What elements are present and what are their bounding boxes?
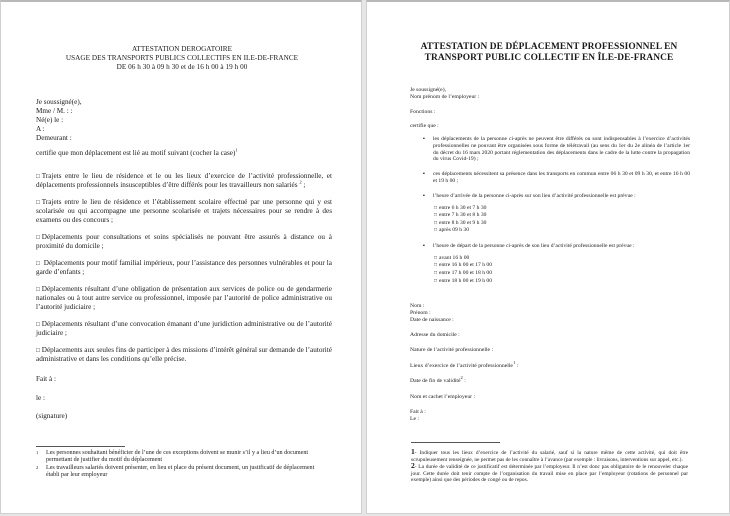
home-address-field[interactable]: Adresse du domicile : [410, 332, 518, 339]
address-field[interactable]: Demeurant : [36, 134, 82, 143]
footnotes: 1- Indiquer tous les lieux d’exercice de… [411, 449, 688, 484]
reason-option[interactable]: □Déplacements aux seules fins de partici… [36, 346, 332, 364]
footnote-divider [36, 446, 125, 447]
first-name-field[interactable]: Prénom : [410, 310, 518, 317]
certify-label: certifie que : [410, 123, 479, 130]
checkbox-icon[interactable]: □ [434, 213, 437, 220]
name-field[interactable]: Mme / M. : : [36, 107, 82, 116]
undersigned-label: Je soussigné(e), [36, 98, 82, 107]
made-at-field[interactable]: Fait à : [36, 375, 67, 384]
bullet-icon: ▪ [423, 243, 425, 250]
arrival-option[interactable]: □entre 6 h 30 et 7 h 30 [434, 205, 690, 213]
arrival-option[interactable]: □entre 7 h 30 et 8 h 30 [434, 212, 690, 220]
bullet-icon: ▪ [423, 136, 425, 143]
checkbox-icon[interactable]: □ [434, 256, 437, 263]
page-derogatory-attestation: ATTESTATION DEROGATOIRE USAGE DES TRANSP… [0, 0, 362, 514]
reason-option[interactable]: □Déplacements résultant d’une obligation… [36, 285, 332, 312]
checkbox-icon[interactable]: □ [434, 263, 437, 270]
footnote: 1- Indiquer tous les lieux d’exercice de… [411, 449, 688, 463]
footnote: 2Les travailleurs salariés doivent prése… [36, 465, 316, 480]
signature-field[interactable]: (signature) [36, 412, 67, 421]
footnote-ref: 1 [235, 148, 237, 153]
departure-option[interactable]: □entre 16 h 00 et 17 h 00 [434, 262, 690, 270]
signature-block: Fait à : le : (signature) [36, 375, 67, 431]
checkbox-icon[interactable]: □ [36, 285, 40, 294]
arrival-option[interactable]: □entre 8 h 30 et 9 h 30 [434, 220, 690, 228]
employer-name-field[interactable]: Nom prénom de l’employeur : [410, 94, 479, 101]
checkbox-icon[interactable]: □ [36, 172, 40, 181]
certify-statement: certifie que mon déplacement est lié au … [36, 149, 238, 158]
checkbox-icon[interactable]: □ [36, 198, 40, 207]
title-line: USAGE DES TRANSPORTS PUBLICS COLLECTIFS … [1, 54, 362, 63]
footnote: 2- La durée de validité de ce justificat… [411, 463, 688, 484]
validity-date-field[interactable]: Date de fin de validité2 : [410, 378, 518, 385]
arrival-time-item: ▪ l’heure d’arrivée de la personne ci-ap… [423, 193, 690, 235]
employee-fields: Nom : Prénom : Date de naissance : Adres… [410, 303, 518, 423]
title-line: TRANSPORT PUBLIC COLLECTIF EN ÎLE-DE-FRA… [367, 53, 730, 64]
checkbox-icon[interactable]: □ [434, 279, 437, 286]
departure-option[interactable]: □entre 17 h 00 et 18 h 00 [434, 270, 690, 278]
workplaces-field[interactable]: Lieux d’exercice de l’activité professio… [410, 363, 518, 370]
identity-block: Je soussigné(e), Mme / M. : : Né(e) le :… [36, 98, 82, 143]
last-name-field[interactable]: Nom : [410, 303, 518, 310]
checkbox-icon[interactable]: □ [434, 271, 437, 278]
document-title: ATTESTATION DE DÉPLACEMENT PROFESSIONNEL… [367, 42, 730, 64]
departure-time-item: ▪ l’heure de départ de la personne ci-ap… [423, 243, 690, 285]
reason-option[interactable]: □Trajets entre le lieu de résidence et l… [36, 198, 332, 225]
checkbox-icon[interactable]: □ [36, 259, 40, 268]
arrival-time-options: □entre 6 h 30 et 7 h 30 □entre 7 h 30 et… [433, 205, 690, 235]
reason-option[interactable]: □Déplacements résultant d’une convocatio… [36, 320, 332, 338]
date-field[interactable]: le : [36, 394, 67, 403]
activity-field[interactable]: Nature de l’activité professionnelle : [410, 347, 518, 354]
checkbox-icon[interactable]: □ [434, 228, 437, 235]
title-line: DE 06 h 30 à 09 h 30 et de 16 h 00 à 19 … [1, 63, 362, 72]
birth-date-field[interactable]: Né(e) le : [36, 116, 82, 125]
employer-block: Je soussigné(e), Nom prénom de l’employe… [410, 87, 479, 130]
date-field[interactable]: Le : [410, 416, 518, 423]
reason-option[interactable]: □Déplacements pour consultations et soin… [36, 233, 332, 251]
undersigned-label: Je soussigné(e), [410, 87, 479, 94]
checkbox-icon[interactable]: □ [36, 346, 40, 355]
checkbox-icon[interactable]: □ [434, 221, 437, 228]
footnote-ref: 1 [513, 360, 515, 365]
arrival-option[interactable]: □après 09 h 30 [434, 227, 690, 235]
reason-option[interactable]: □Trajets entre le lieu de résidence et l… [36, 172, 332, 190]
employer-stamp-field[interactable]: Nom et cachet l’employeur : [410, 394, 518, 401]
document-title: ATTESTATION DEROGATOIRE USAGE DES TRANSP… [1, 45, 362, 73]
departure-time-options: □avant 16 h 00 □entre 16 h 00 et 17 h 00… [433, 255, 690, 285]
reason-option[interactable]: □ Déplacements pour motif familial impér… [36, 259, 332, 277]
birth-place-field[interactable]: A : [36, 125, 82, 134]
footnote: 1Les personnes souhaitant bénéficier de … [36, 450, 316, 465]
made-at-field[interactable]: Fait à : [410, 409, 518, 416]
reason-options: □Trajets entre le lieu de résidence et l… [36, 172, 332, 372]
birth-date-field[interactable]: Date de naissance : [410, 317, 518, 324]
footnote-divider [411, 442, 500, 443]
bullet-icon: ▪ [423, 193, 425, 200]
functions-field[interactable]: Fonctions : [410, 109, 479, 116]
title-line: ATTESTATION DE DÉPLACEMENT PROFESSIONNEL… [367, 42, 730, 53]
checkbox-icon[interactable]: □ [36, 233, 40, 242]
title-line: ATTESTATION DEROGATOIRE [1, 45, 362, 54]
footnote-ref: 2 [461, 375, 463, 380]
footnotes: 1Les personnes souhaitant bénéficier de … [36, 450, 316, 480]
departure-option[interactable]: □avant 16 h 00 [434, 255, 690, 263]
page-professional-attestation: ATTESTATION DE DÉPLACEMENT PROFESSIONNEL… [366, 0, 730, 514]
checkbox-icon[interactable]: □ [36, 320, 40, 329]
certification-item: ▪ ces déplacements nécessitent sa présen… [423, 171, 690, 185]
certification-item: ▪ les déplacements de la personne ci-apr… [423, 136, 690, 163]
bullet-icon: ▪ [423, 171, 425, 178]
checkbox-icon[interactable]: □ [434, 206, 437, 213]
certification-list: ▪ les déplacements de la personne ci-apr… [423, 136, 690, 293]
departure-option[interactable]: □entre 18 h 00 et 19 h 00 [434, 278, 690, 286]
